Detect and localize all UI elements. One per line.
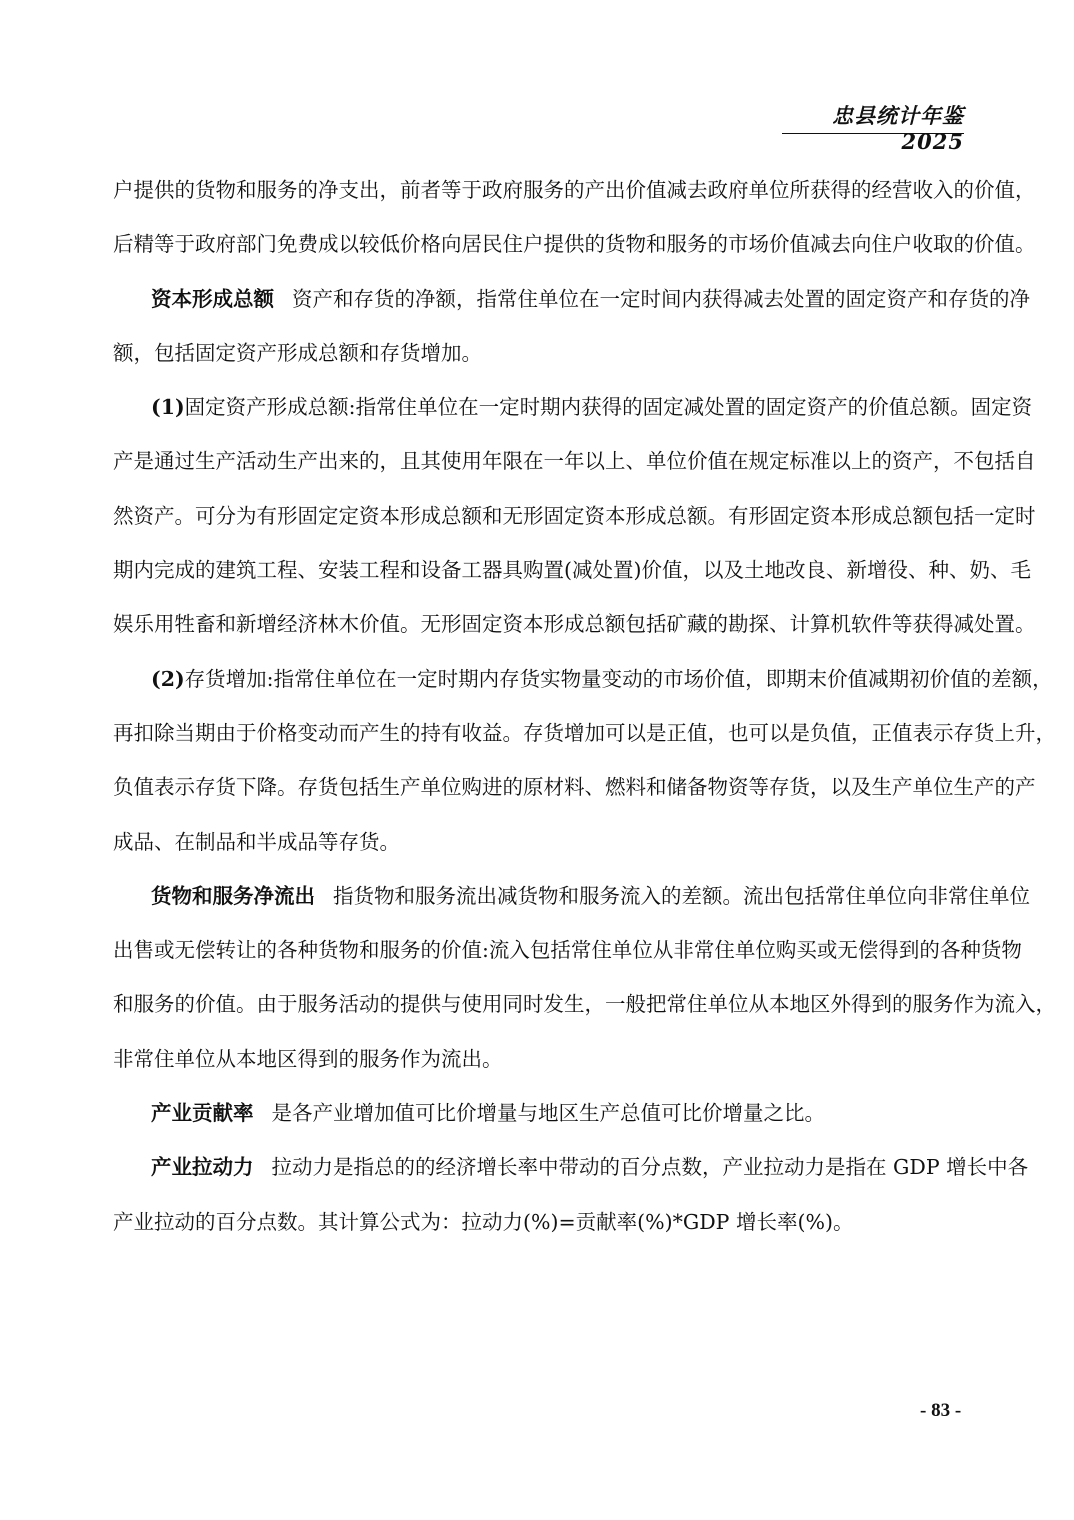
text-line: 期内完成的建筑工程、安装工程和设备工器具购置(减处置)价值，以及土地改良、新增役…: [113, 550, 963, 604]
paragraph-gross-capital-formation: 资本形成总额资产和存货的净额，指常住单位在一定时间内获得减去处置的固定资产和存货…: [113, 279, 963, 388]
text-line: (2)存货增加:指常住单位在一定时期内存货实物量变动的市场价值，即期末价值减期初…: [113, 659, 963, 713]
text-line: (1)固定资产形成总额:指常住单位在一定时期内获得的固定减处置的固定资产的价值总…: [113, 387, 963, 441]
paragraph-net-exports: 货物和服务净流出指货物和服务流出减货物和服务流入的差额。流出包括常住单位向非常住…: [113, 876, 963, 1093]
page-number: - 83 -: [920, 1400, 961, 1422]
list-marker: (1): [151, 395, 185, 419]
text-line: 产业贡献率是各产业增加值可比价增量与地区生产总值可比价增量之比。: [113, 1093, 963, 1147]
definition-text: 资产和存货的净额，指常住单位在一定时间内获得减去处置的固定资产和存货的净: [292, 287, 1030, 311]
text-line: 产业拉动的百分点数。其计算公式为：拉动力(%)=贡献率(%)*GDP 增长率(%…: [113, 1202, 963, 1256]
text-line: 再扣除当期由于价格变动而产生的持有收益。存货增加可以是正值，也可以是负值，正值表…: [113, 713, 963, 767]
text-line: 和服务的价值。由于服务活动的提供与使用同时发生，一般把常住单位从本地区外得到的服…: [113, 984, 963, 1038]
term-heading: 资本形成总额: [151, 287, 274, 311]
text-line: 户提供的货物和服务的净支出，前者等于政府服务的产出价值减去政府单位所获得的经营收…: [113, 170, 963, 224]
paragraph-inventory-change: (2)存货增加:指常住单位在一定时期内存货实物量变动的市场价值，即期末价值减期初…: [113, 659, 963, 876]
paragraph-government-consumption-continued: 户提供的货物和服务的净支出，前者等于政府服务的产出价值减去政府单位所获得的经营收…: [113, 170, 963, 279]
term-heading: 产业贡献率: [151, 1101, 254, 1125]
text-line: 货物和服务净流出指货物和服务流出减货物和服务流入的差额。流出包括常住单位向非常住…: [113, 876, 963, 930]
definition-text: 存货增加:指常住单位在一定时期内存货实物量变动的市场价值，即期末价值减期初价值的…: [185, 667, 1053, 691]
text-line: 出售或无偿转让的各种货物和服务的价值:流入包括常住单位从非常住单位购买或无偿得到…: [113, 930, 963, 984]
list-marker: (2): [151, 667, 185, 691]
text-line: 成品、在制品和半成品等存货。: [113, 822, 963, 876]
running-header-title: 忠县统计年鉴 2025: [782, 103, 964, 134]
text-line: 资本形成总额资产和存货的净额，指常住单位在一定时间内获得减去处置的固定资产和存货…: [113, 279, 963, 333]
text-line: 产业拉动力拉动力是指总的的经济增长率中带动的百分点数，产业拉动力是指在 GDP …: [113, 1147, 963, 1201]
text-line: 负值表示存货下降。存货包括生产单位购进的原材料、燃料和储备物资等存货，以及生产单…: [113, 767, 963, 821]
term-heading: 产业拉动力: [151, 1155, 254, 1179]
definition-text: 拉动力是指总的的经济增长率中带动的百分点数，产业拉动力是指在 GDP 增长中各: [272, 1155, 1029, 1179]
text-line: 非常住单位从本地区得到的服务作为流出。: [113, 1039, 963, 1093]
term-heading: 货物和服务净流出: [151, 884, 315, 908]
text-line: 产是通过生产活动生产出来的，且其使用年限在一年以上、单位价值在规定标准以上的资产…: [113, 441, 963, 495]
definition-text: 固定资产形成总额:指常住单位在一定时期内获得的固定减处置的固定资产的价值总额。固…: [185, 395, 1032, 419]
text-line: 额，包括固定资产形成总额和存货增加。: [113, 333, 963, 387]
definition-text: 指货物和服务流出减货物和服务流入的差额。流出包括常住单位向非常住单位: [333, 884, 1030, 908]
definition-text: 是各产业增加值可比价增量与地区生产总值可比价增量之比。: [272, 1101, 826, 1125]
text-line: 然资产。可分为有形固定定资本形成总额和无形固定资本形成总额。有形固定资本形成总额…: [113, 496, 963, 550]
text-line: 后精等于政府部门免费成以较低价格向居民住户提供的货物和服务的市场价值减去向住户收…: [113, 224, 963, 278]
document-body: 户提供的货物和服务的净支出，前者等于政府服务的产出价值减去政府单位所获得的经营收…: [113, 170, 963, 1256]
paragraph-industry-contribution-rate: 产业贡献率是各产业增加值可比价增量与地区生产总值可比价增量之比。: [113, 1093, 963, 1147]
paragraph-industry-pull: 产业拉动力拉动力是指总的的经济增长率中带动的百分点数，产业拉动力是指在 GDP …: [113, 1147, 963, 1256]
paragraph-fixed-capital-formation: (1)固定资产形成总额:指常住单位在一定时期内获得的固定减处置的固定资产的价值总…: [113, 387, 963, 658]
text-line: 娱乐用牲畜和新增经济林木价值。无形固定资本形成总额包括矿藏的勘探、计算机软件等获…: [113, 604, 963, 658]
